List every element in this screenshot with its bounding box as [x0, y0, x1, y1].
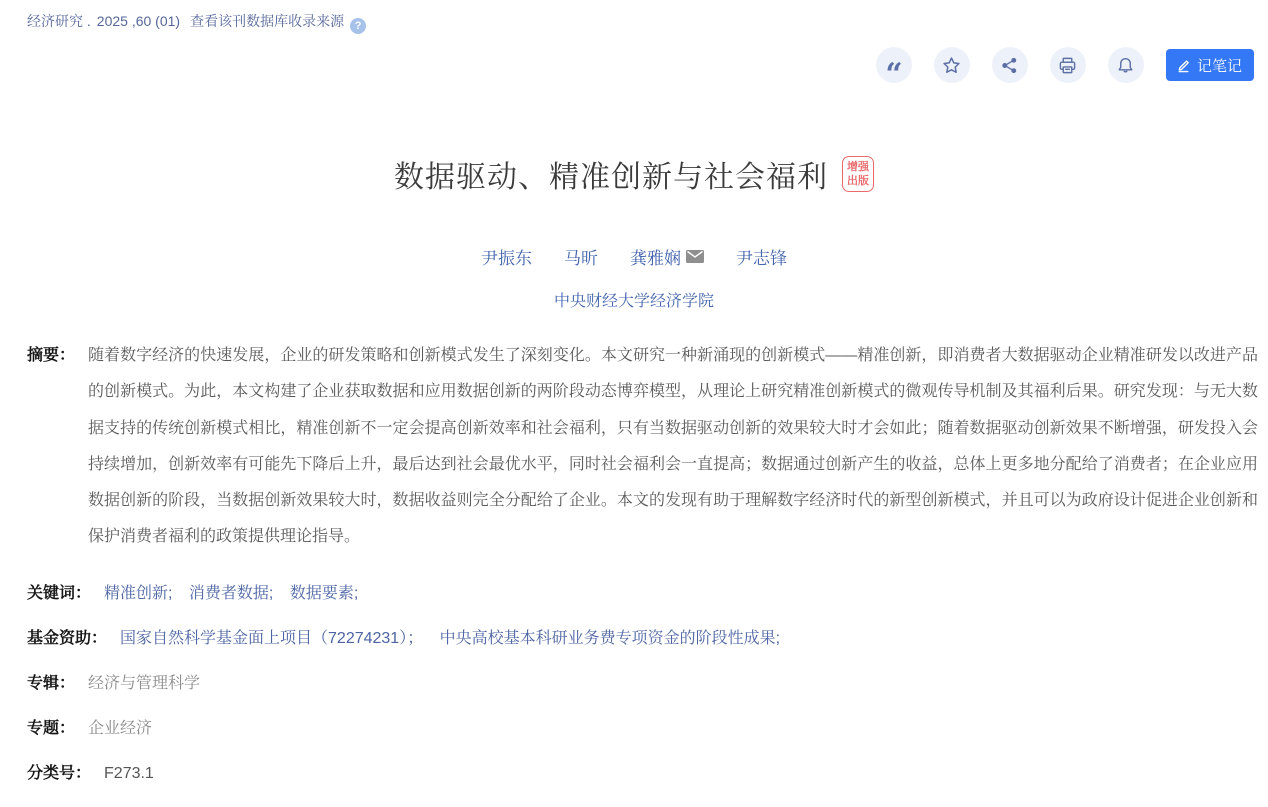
album-value: 经济与管理科学 [88, 674, 200, 694]
topic-value: 企业经济 [88, 719, 152, 739]
author-link[interactable]: 龚雅娴 [630, 244, 704, 269]
article-meta: 摘要： 随着数字经济的快速发展，企业的研发策略和创新模式发生了深刻变化。本文研究… [0, 338, 1268, 784]
topic-row: 专题： 企业经济 [27, 719, 1258, 739]
keyword-link[interactable]: 消费者数据; [189, 585, 273, 602]
abstract-row: 摘要： 随着数字经济的快速发展，企业的研发策略和创新模式发生了深刻变化。本文研究… [27, 338, 1258, 556]
funding-link[interactable]: 中央高校基本科研业务费专项资金的阶段性成果; [440, 630, 780, 647]
clc-value: F273.1 [104, 764, 154, 784]
topic-label: 专题： [27, 719, 75, 739]
star-icon [942, 56, 961, 75]
keywords-list: 精准创新; 消费者数据; 数据要素; [104, 584, 370, 604]
print-button[interactable] [1050, 47, 1086, 83]
badge-line2: 出版 [847, 174, 869, 188]
abstract-text: 随着数字经济的快速发展，企业的研发策略和创新模式发生了深刻变化。本文研究一种新涌… [88, 338, 1258, 556]
journal-link[interactable]: 经济研究 . [27, 13, 91, 29]
funding-link[interactable]: 国家自然科学基金面上项目（72274231）； [120, 630, 423, 647]
clc-row: 分类号： F273.1 [27, 764, 1258, 784]
funding-label: 基金资助： [27, 629, 107, 649]
alert-button[interactable] [1108, 47, 1144, 83]
author-list: 尹振东 马昕 龚雅娴 尹志锋 [0, 244, 1268, 269]
clc-label: 分类号： [27, 764, 91, 784]
article-title: 数据驱动、精准创新与社会福利 [394, 152, 828, 196]
share-icon [1001, 57, 1018, 74]
pencil-icon [1176, 58, 1191, 73]
favorite-button[interactable] [934, 47, 970, 83]
cite-button[interactable]: “ [876, 47, 912, 83]
affiliation-link[interactable]: 中央财经大学经济学院 [554, 293, 714, 310]
abstract-label: 摘要： [27, 338, 75, 374]
help-icon[interactable]: ? [350, 18, 366, 34]
printer-icon [1058, 56, 1077, 75]
database-source-link[interactable]: 查看该刊数据库收录来源 [190, 13, 344, 29]
funding-row: 基金资助： 国家自然科学基金面上项目（72274231）； 中央高校基本科研业务… [27, 629, 1258, 649]
enhanced-publication-badge: 增强 出版 [842, 156, 874, 192]
author-link[interactable]: 尹志锋 [736, 244, 787, 269]
album-label: 专辑： [27, 674, 75, 694]
journal-issue: 2025 ,60 (01) [97, 13, 180, 29]
action-toolbar: “ [876, 47, 1254, 83]
share-button[interactable] [992, 47, 1028, 83]
author-link[interactable]: 马昕 [564, 244, 598, 269]
keywords-label: 关键词： [27, 584, 91, 604]
take-note-button[interactable]: 记笔记 [1166, 49, 1254, 81]
badge-line1: 增强 [847, 160, 869, 174]
keyword-link[interactable]: 精准创新; [104, 585, 172, 602]
funding-list: 国家自然科学基金面上项目（72274231）； 中央高校基本科研业务费专项资金的… [120, 629, 792, 649]
author-name: 尹振东 [481, 244, 532, 269]
author-name: 尹志锋 [736, 244, 787, 269]
email-icon [686, 250, 704, 263]
take-note-label: 记笔记 [1197, 55, 1242, 76]
keyword-link[interactable]: 数据要素; [290, 585, 358, 602]
breadcrumb: 经济研究 .2025 ,60 (01)查看该刊数据库收录来源? [0, 0, 1268, 34]
album-row: 专辑： 经济与管理科学 [27, 674, 1258, 694]
author-name: 龚雅娴 [630, 244, 681, 269]
author-name: 马昕 [564, 244, 598, 269]
bell-icon [1116, 56, 1135, 75]
article-detail-page: 经济研究 .2025 ,60 (01)查看该刊数据库收录来源? “ [0, 0, 1268, 807]
keywords-row: 关键词： 精准创新; 消费者数据; 数据要素; [27, 584, 1258, 604]
author-link[interactable]: 尹振东 [481, 244, 532, 269]
